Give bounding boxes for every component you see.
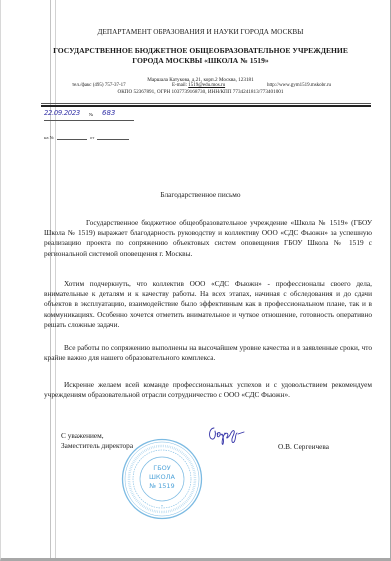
signer-name: О.В. Сергеичева: [278, 442, 329, 451]
outgoing-registration: 22.09.2023 № 683: [44, 109, 134, 121]
document-title: Благодарственное письмо: [31, 190, 370, 199]
department-name: ДЕПАРТАМЕНТ ОБРАЗОВАНИЯ И НАУКИ ГОРОДА М…: [31, 28, 370, 36]
number-label: №: [89, 112, 93, 117]
ref-label: на №: [44, 135, 54, 140]
svg-text:*: *: [161, 504, 163, 509]
handwritten-date: 22.09.2023: [44, 109, 80, 117]
paragraph: Хотим подчеркнуть, что коллектив ООО «СД…: [44, 279, 372, 330]
contacts-row: тел./факс (495) 757-37-17 E-mail: 1519@e…: [72, 83, 365, 88]
ref-date-blank: [97, 134, 129, 140]
official-stamp-icon: ГБОУ ШКОЛА № 1519 *: [121, 438, 203, 520]
handwritten-signature-icon: [206, 422, 254, 448]
closing-block: С уважением, Заместитель директора: [61, 431, 133, 451]
website[interactable]: http://www.gym1519.mskobr.ru: [267, 83, 331, 88]
paragraph-text: Хотим подчеркнуть, что коллектив ООО «СД…: [44, 279, 372, 330]
organization-name-line1: ГОСУДАРСТВЕННОЕ БЮДЖЕТНОЕ ОБЩЕОБРАЗОВАТЕ…: [31, 46, 370, 56]
document-page: ДЕПАРТАМЕНТ ОБРАЗОВАНИЯ И НАУКИ ГОРОДА М…: [0, 0, 391, 561]
phone: тел./факс (495) 757-37-17: [72, 83, 172, 88]
stamp-line1: ГБОУ: [153, 464, 171, 472]
paragraph: Искренне желаем всей команде профессиона…: [44, 380, 372, 400]
organization-name: ГОСУДАРСТВЕННОЕ БЮДЖЕТНОЕ ОБЩЕОБРАЗОВАТЕ…: [31, 46, 370, 66]
incoming-reference: на № от: [44, 134, 129, 140]
stamp-line3: № 1519: [148, 482, 174, 490]
closing-salutation: С уважением,: [61, 431, 133, 441]
paragraph: Все работы по сопряжению выполнены на вы…: [44, 343, 372, 363]
paragraph-text: Все работы по сопряжению выполнены на вы…: [44, 343, 372, 363]
paragraph: Государственное бюджетное общеобразовате…: [44, 218, 372, 259]
header-divider: [41, 105, 371, 107]
stamp-line2: ШКОЛА: [149, 473, 176, 481]
paragraph-text: Искренне желаем всей команде профессиона…: [44, 380, 372, 400]
header-divider: [41, 103, 371, 104]
email-label: E-mail:: [172, 83, 187, 88]
handwritten-number: 683: [102, 109, 115, 117]
registration-codes: ОКПО 52367891, ОГРН 1037739168730, ИНН/К…: [31, 89, 370, 95]
email: E-mail: 1519@edu.mos.ru: [172, 83, 267, 88]
ref-number-blank: [57, 134, 87, 140]
ref-from-label: от: [90, 135, 94, 140]
email-link[interactable]: 1519@edu.mos.ru: [188, 83, 225, 88]
paragraph-text: Государственное бюджетное общеобразовате…: [44, 218, 372, 259]
organization-name-line2: ГОРОДА МОСКВЫ «ШКОЛА № 1519»: [31, 56, 370, 66]
signer-position: Заместитель директора: [61, 441, 133, 451]
